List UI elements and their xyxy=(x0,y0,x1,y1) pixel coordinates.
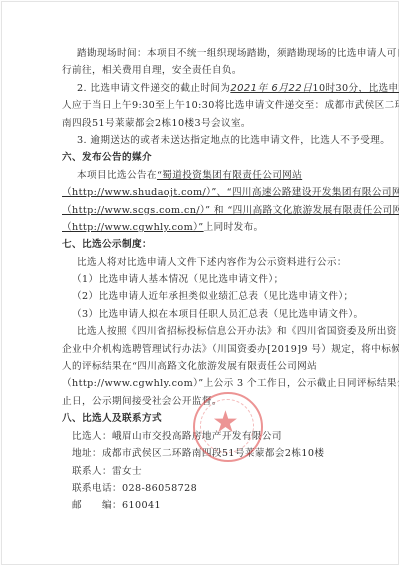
media-link-1[interactable]: “蜀道投资集团有限责任公司网站 xyxy=(157,170,302,181)
section7-item-2: （2）比选申请人近年承担类似业绩汇总表（见比选申请文件）； xyxy=(72,291,354,303)
late-submission-line: 3. 逾期送达的或者未送达指定地点的比选申请文件，比选人不予受理。 xyxy=(77,135,359,147)
submission-address-line: 南四段51号莱蒙都会2栋10楼3号会议室。 xyxy=(62,118,344,130)
section7-item-1: （1）比选申请人基本情况（见比选申请文件）； xyxy=(72,274,354,286)
submission-line: 人应于当日上午9:30至上午10:30将比选申请文件递交至：成都市武侯区二环路 xyxy=(62,100,344,112)
contact-person: 联系人：雷女士 xyxy=(72,466,354,478)
star-icon: ★ xyxy=(212,408,239,438)
section7-heading: 七、比选公示制度： xyxy=(62,239,344,251)
contact-phone: 联系电话：028-86058728 xyxy=(72,483,354,495)
section7-item-3: （3）比选申请人拟在本项目任职人员汇总表（见比选申请文件）。 xyxy=(72,309,354,321)
media-line-4: （http://www.cgwhly.com）”上同时发布。 xyxy=(62,222,344,234)
handwritten-date: 2021年 6月22日 xyxy=(230,83,312,94)
contact-postcode: 邮 编：610041 xyxy=(72,500,354,512)
media-link-3[interactable]: （http://www.scgs.com.cn/）” 和 “四川高路文化旅游发展… xyxy=(62,205,344,217)
section7-para-4: （http://www.cgwhly.com）”上公示 3 个工作日，公示截止日… xyxy=(62,378,344,390)
section7-para-3: 人的评标结果在“四川高路文化旅游发展有限责任公司网站 xyxy=(62,361,344,373)
company-seal: ★ xyxy=(193,392,263,462)
media-link-2[interactable]: （http://www.shudaojt.com/）”、“四川高速公路建设开发集… xyxy=(62,187,344,199)
media-link-4[interactable]: （http://www.cgwhly.com）” xyxy=(62,222,204,233)
media-post: 上同时发布。 xyxy=(204,222,264,233)
survey-time-line: 踏勘现场时间：本项目不统一组织现场踏勘，须踏勘现场的比选申请人可自 xyxy=(77,48,359,60)
media-line-1: 本项目比选公告在“蜀道投资集团有限责任公司网站 xyxy=(77,170,359,182)
section6-heading: 六、发布公告的媒介 xyxy=(62,152,344,164)
deadline-line: 2. 比选申请文件递交的截止时间为2021年 6月22日10时30分，比选申请 xyxy=(77,83,359,95)
deadline-time: 10时30分，比选申请 xyxy=(312,83,399,94)
media-intro: 本项目比选公告在 xyxy=(77,170,157,181)
section7-para-2: 企业中介机构选聘管理试行办法》（川国资委办[2019]9 号）规定，将中标候选 xyxy=(62,344,344,356)
survey-time-line-cont: 行前往，相关费用自理，安全责任自负。 xyxy=(62,65,344,77)
section7-para-1: 比选人按照《四川省招标投标信息公开办法》和《四川省国资委及所出资 xyxy=(77,326,359,338)
deadline-pre: 2. 比选申请文件递交的截止时间为 xyxy=(77,83,230,94)
section7-intro: 比选人将对比选申请人文件下述内容作为公示资料进行公示： xyxy=(77,257,359,269)
